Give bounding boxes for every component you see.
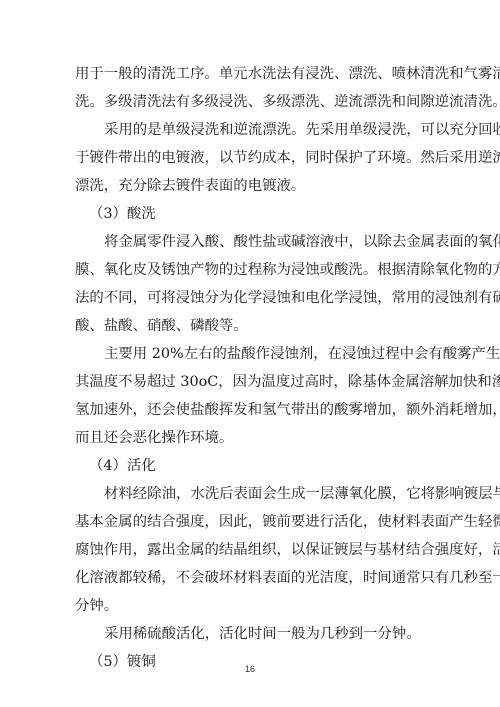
paragraph-start: 主要用 20%左右的盐酸作浸蚀剂，在浸蚀过程中会有酸雾产生，	[75, 340, 425, 368]
text-line: 漂洗，充分除去镀件表面的电镀液。	[75, 172, 425, 200]
section-heading-pickling: （3）酸洗	[75, 200, 425, 228]
document-page: 用于一般的清洗工序。单元水洗法有浸洗、漂洗、喷林清洗和气雾清 洗。多级清洗法有多…	[75, 60, 425, 676]
text-line: 法的不同，可将浸蚀分为化学浸蚀和电化学浸蚀，常用的浸蚀剂有硫	[75, 284, 425, 312]
page-number: 16	[0, 664, 500, 674]
text-line: 洗。多级清洗法有多级浸洗、多级漂洗、逆流漂洗和间隙逆流清洗。	[75, 88, 425, 116]
text-line: 氢加速外，还会使盐酸挥发和氢气带出的酸雾增加，额外消耗增加，	[75, 396, 425, 424]
text-line: 基本金属的结合强度，因此，镀前要进行活化，使材料表面产生轻微	[75, 508, 425, 536]
paragraph-start: 采用的是单级浸洗和逆流漂洗。先采用单级浸洗，可以充分回收由	[75, 116, 425, 144]
paragraph-start: 材料经除油，水洗后表面会生成一层薄氧化膜，它将影响镀层与	[75, 480, 425, 508]
text-line: 化溶液都较稀，不会破坏材料表面的光洁度，时间通常只有几秒至一	[75, 564, 425, 592]
text-line: 酸、盐酸、硝酸、磷酸等。	[75, 312, 425, 340]
text-line: 分钟。	[75, 592, 425, 620]
text-line: 腐蚀作用，露出金属的结晶组织，以保证镀层与基材结合强度好，活	[75, 536, 425, 564]
text-line: 膜、氧化皮及锈蚀产物的过程称为浸蚀或酸洗。根据清除氧化物的方	[75, 256, 425, 284]
text-line: 用于一般的清洗工序。单元水洗法有浸洗、漂洗、喷林清洗和气雾清	[75, 60, 425, 88]
paragraph-start: 将金属零件浸入酸、酸性盐或碱溶液中，以除去金属表面的氧化	[75, 228, 425, 256]
paragraph-start: 采用稀硫酸活化，活化时间一般为几秒到一分钟。	[75, 620, 425, 648]
text-line: 其温度不易超过 30oC，因为温度过高时，除基体金属溶解加快和渗	[75, 368, 425, 396]
section-heading-activation: （4）活化	[75, 452, 425, 480]
text-line: 于镀件带出的电镀液，以节约成本，同时保护了环境。然后采用逆流	[75, 144, 425, 172]
text-line: 而且还会恶化操作环境。	[75, 424, 425, 452]
